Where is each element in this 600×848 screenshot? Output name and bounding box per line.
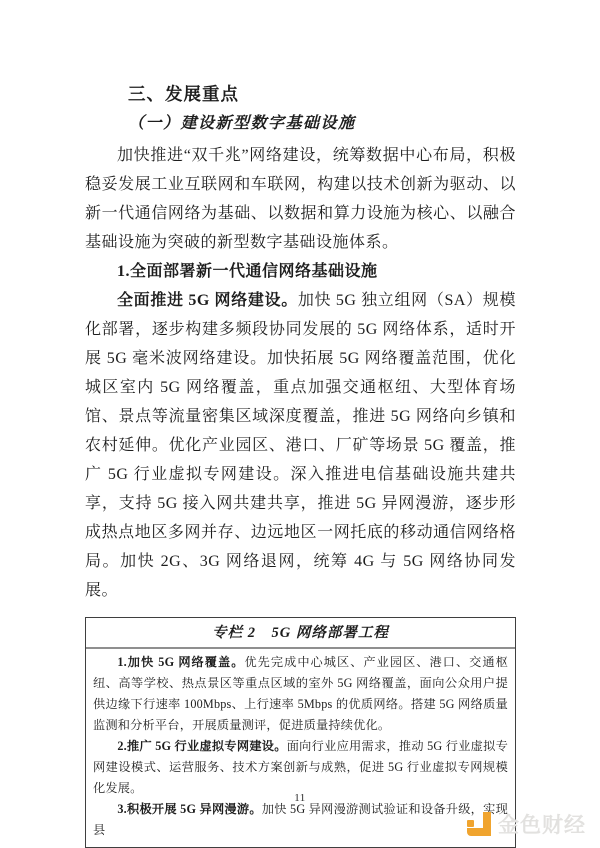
fiveg-paragraph: 全面推进 5G 网络建设。加快 5G 独立组网（SA）规模化部署，逐步构建多频段…	[85, 286, 516, 605]
page-number: 11	[0, 792, 600, 804]
column-box: 专栏 2 5G 网络部署工程 1.加快 5G 网络覆盖。优先完成中心城区、产业园…	[85, 617, 516, 848]
column-box-body: 1.加快 5G 网络覆盖。优先完成中心城区、产业园区、港口、交通枢纽、高等学校、…	[86, 649, 515, 847]
box-item-private-network: 2.推广 5G 行业虚拟专网建设。面向行业应用需求，推动 5G 行业虚拟专网建设…	[93, 736, 508, 799]
box-item-private-network-lead: 2.推广 5G 行业虚拟专网建设。	[117, 739, 286, 753]
fiveg-paragraph-text: 加快 5G 独立组网（SA）规模化部署，逐步构建多频段协同发展的 5G 网络体系…	[85, 292, 516, 599]
column-box-title: 专栏 2 5G 网络部署工程	[86, 618, 515, 649]
box-item-roaming-lead: 3.积极开展 5G 异网漫游。	[117, 802, 261, 816]
watermark: 金色财经	[466, 809, 586, 839]
box-item-coverage: 1.加快 5G 网络覆盖。优先完成中心城区、产业园区、港口、交通枢纽、高等学校、…	[93, 652, 508, 736]
document-content: 三、发展重点 （一）建设新型数字基础设施 加快推进“双千兆”网络建设，统筹数据中…	[85, 82, 516, 848]
jinse-finance-logo-icon	[466, 811, 492, 837]
box-item-roaming: 3.积极开展 5G 异网漫游。加快 5G 异网漫游测试验证和设备升级，实现县	[93, 799, 508, 841]
numbered-heading: 1.全面部署新一代通信网络基础设施	[85, 257, 516, 286]
section-heading: 三、发展重点	[85, 82, 516, 106]
document-page: 三、发展重点 （一）建设新型数字基础设施 加快推进“双千兆”网络建设，统筹数据中…	[0, 0, 600, 848]
box-item-coverage-lead: 1.加快 5G 网络覆盖。	[117, 655, 244, 669]
watermark-brand: 金色财经	[498, 809, 586, 839]
subsection-heading: （一）建设新型数字基础设施	[85, 112, 516, 136]
intro-paragraph: 加快推进“双千兆”网络建设，统筹数据中心布局，积极稳妥发展工业互联网和车联网，构…	[85, 141, 516, 257]
fiveg-paragraph-lead: 全面推进 5G 网络建设。	[117, 292, 298, 309]
